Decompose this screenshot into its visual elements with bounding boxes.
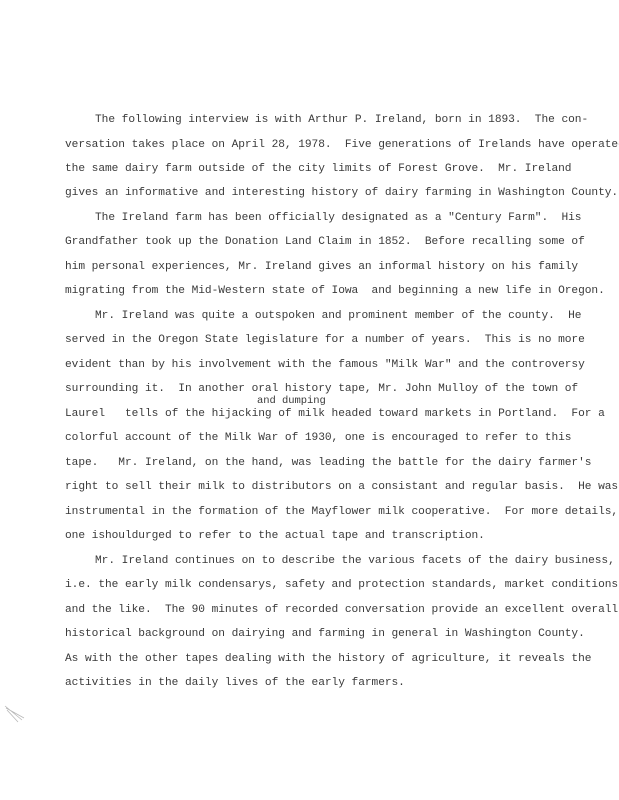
paragraph-4-line-3: and the like. The 90 minutes of recorded… <box>65 603 618 617</box>
paragraph-2-line-4: migrating from the Mid-Western state of … <box>65 284 605 298</box>
pencil-scribble-mark <box>4 704 26 726</box>
paragraph-1-line-2: versation takes place on April 28, 1978.… <box>65 138 619 152</box>
paragraph-3-line-7: tape. Mr. Ireland, on the hand, was lead… <box>65 456 591 470</box>
interlinear-insertion: and dumping <box>257 394 326 408</box>
paragraph-1-line-3: the same dairy farm outside of the city … <box>65 162 571 176</box>
paragraph-3-line-1: Mr. Ireland was quite a outspoken and pr… <box>95 309 581 323</box>
paragraph-3-line-5: Laurel tells of the hijacking of milk he… <box>65 407 605 421</box>
paragraph-4-line-6: activities in the daily lives of the ear… <box>65 676 405 690</box>
paragraph-3-line-10: one ishouldurged to refer to the actual … <box>65 529 485 543</box>
paragraph-4-line-1: Mr. Ireland continues on to describe the… <box>95 554 615 568</box>
paragraph-1-line-4: gives an informative and interesting his… <box>65 186 618 200</box>
paragraph-1-line-1: The following interview is with Arthur P… <box>95 113 588 127</box>
paragraph-4-line-4: historical background on dairying and fa… <box>65 627 585 641</box>
paragraph-2-line-2: Grandfather took up the Donation Land Cl… <box>65 235 585 249</box>
paragraph-3-line-3: evident than by his involvement with the… <box>65 358 585 372</box>
paragraph-4-line-5: As with the other tapes dealing with the… <box>65 652 591 666</box>
paragraph-3-line-6: colorful account of the Milk War of 1930… <box>65 431 571 445</box>
paragraph-4-line-2: i.e. the early milk condensarys, safety … <box>65 578 619 592</box>
typewritten-page: The following interview is with Arthur P… <box>0 0 619 800</box>
paragraph-3-line-8: right to sell their milk to distributors… <box>65 480 618 494</box>
paragraph-3-line-9: instrumental in the formation of the May… <box>65 505 618 519</box>
paragraph-2-line-1: The Ireland farm has been officially des… <box>95 211 581 225</box>
paragraph-2-line-3: him personal experiences, Mr. Ireland gi… <box>65 260 578 274</box>
paragraph-3-line-2: served in the Oregon State legislature f… <box>65 333 585 347</box>
